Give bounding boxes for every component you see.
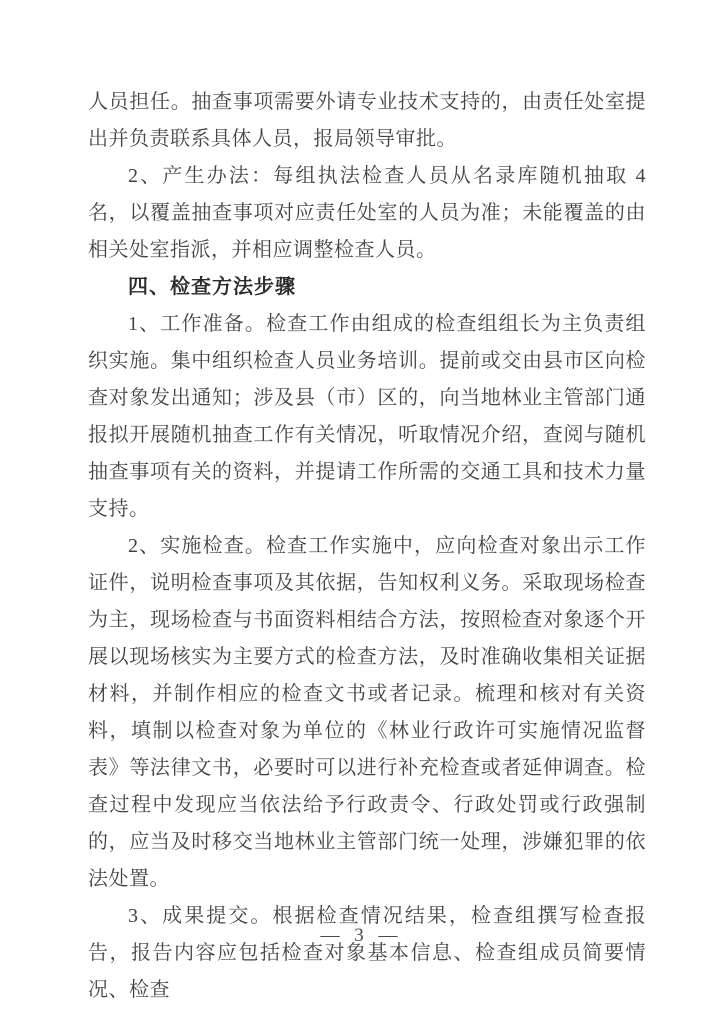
paragraph-step-1-work-preparation: 1、工作准备。检查工作由组成的检查组组长为主负责组织实施。集中组织检查人员业务培…: [88, 306, 646, 528]
paragraph-continuation: 人员担任。抽查事项需要外请专业技术支持的，由责任处室提出并负责联系具体人员，报局…: [88, 84, 646, 158]
paragraph-item-2-selection-method: 2、产生办法：每组执法检查人员从名录库随机抽取 4 名，以覆盖抽查事项对应责任处…: [88, 158, 646, 269]
document-page: 人员担任。抽查事项需要外请专业技术支持的，由责任处室提出并负责联系具体人员，报局…: [0, 0, 723, 1032]
paragraph-step-3-submit-results: 3、成果提交。根据检查情况结果，检查组撰写检查报告，报告内容应包括检查对象基本信…: [88, 898, 646, 1009]
document-body: 人员担任。抽查事项需要外请专业技术支持的，由责任处室提出并负责联系具体人员，报局…: [88, 84, 646, 1009]
section-heading-4-inspection-method-steps: 四、检查方法步骤: [88, 269, 646, 306]
page-number: — 3 —: [0, 924, 723, 948]
paragraph-step-2-implement-inspection: 2、实施检查。检查工作实施中，应向检查对象出示工作证件，说明检查事项及其依据，告…: [88, 528, 646, 898]
